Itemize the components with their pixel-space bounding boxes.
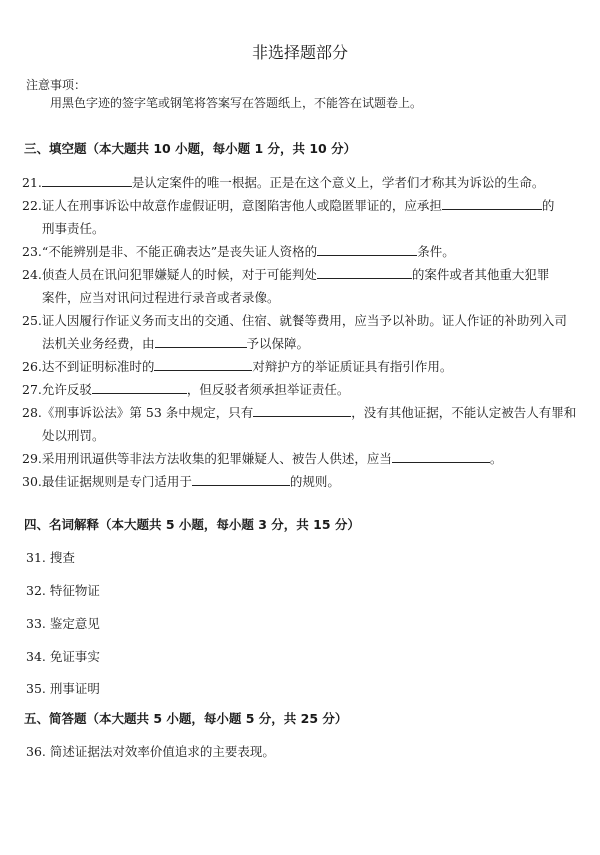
question-28-cont: 处以刑罚。	[42, 426, 105, 444]
answer-blank	[317, 266, 412, 279]
question-24-cont: 案件，应当对讯问过程进行录音或者录像。	[42, 288, 280, 306]
term-34: 34. 免证事实	[26, 647, 100, 665]
answer-blank	[392, 450, 490, 463]
answer-blank	[192, 473, 290, 486]
question-22: 22.证人在刑事诉讼中故意作虚假证明，意图陷害他人或隐匿罪证的，应承担的	[22, 196, 554, 214]
answer-blank	[42, 174, 132, 187]
question-29: 29.采用刑讯逼供等非法方法收集的犯罪嫌疑人、被告人供述，应当。	[22, 449, 502, 467]
answer-blank	[253, 404, 351, 417]
notice-label: 注意事项：	[26, 76, 86, 93]
notice-text: 用黑色字迹的签字笔或钢笔将答案写在答题纸上，不能答在试题卷上。	[50, 94, 422, 111]
page-title: 非选择题部分	[0, 40, 600, 63]
question-25: 25.证人因履行作证义务而支出的交通、住宿、就餐等费用，应当予以补助。证人作证的…	[22, 311, 567, 329]
question-22-cont: 刑事责任。	[42, 219, 105, 237]
question-30: 30.最佳证据规则是专门适用于的规则。	[22, 472, 340, 490]
answer-blank	[317, 243, 417, 256]
section-5-heading: 五、简答题（本大题共 5 小题，每小题 5 分，共 25 分）	[24, 709, 347, 727]
term-33: 33. 鉴定意见	[26, 614, 100, 632]
answer-blank	[92, 381, 187, 394]
question-26: 26.达不到证明标准时的对辩护方的举证质证具有指引作用。	[22, 357, 452, 375]
term-31: 31. 搜查	[26, 548, 75, 566]
question-23: 23.“不能辨别是非、不能正确表达”是丧失证人资格的条件。	[22, 242, 455, 260]
question-21: 21.是认定案件的唯一根据。正是在这个意义上，学者们才称其为诉讼的生命。	[22, 173, 544, 191]
section-4-heading: 四、名词解释（本大题共 5 小题，每小题 3 分，共 15 分）	[24, 515, 360, 533]
question-25-cont: 法机关业务经费，由予以保障。	[42, 334, 309, 352]
answer-blank	[442, 197, 542, 210]
section-3-heading: 三、填空题（本大题共 10 小题，每小题 1 分，共 10 分）	[24, 139, 356, 157]
answer-blank	[155, 335, 247, 348]
answer-blank	[154, 358, 252, 371]
question-36: 36. 简述证据法对效率价值追求的主要表现。	[26, 742, 275, 760]
term-35: 35. 刑事证明	[26, 679, 100, 697]
question-27: 27.允许反驳，但反驳者须承担举证责任。	[22, 380, 349, 398]
question-28: 28.《刑事诉讼法》第 53 条中规定，只有，没有其他证据，不能认定被告人有罪和	[22, 403, 576, 421]
question-24: 24.侦查人员在讯问犯罪嫌疑人的时候，对于可能判处的案件或者其他重大犯罪	[22, 265, 549, 283]
term-32: 32. 特征物证	[26, 581, 100, 599]
